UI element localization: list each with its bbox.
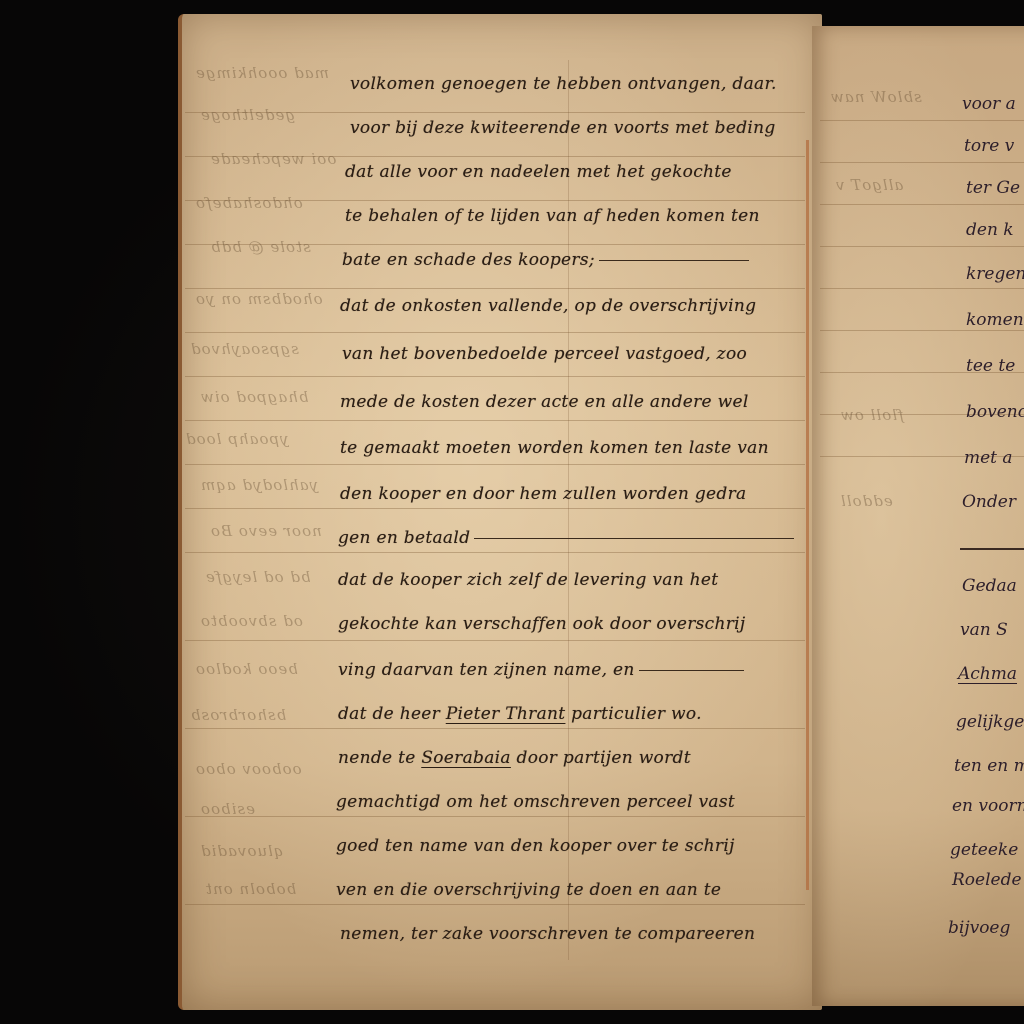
bleed-through-text: stole @ bdb <box>210 238 311 256</box>
handwritten-line-partial: ten en m <box>954 756 1024 776</box>
bleed-through-text: bhagpod oiw <box>200 388 308 406</box>
handwritten-line: mede de kosten dezer acte en alle andere… <box>340 392 749 412</box>
bleed-through-text: beoo kodloo <box>195 660 298 678</box>
handwritten-line-partial: bijvoeg <box>948 918 1010 938</box>
handwritten-line: den kooper en door hem zullen worden ged… <box>340 484 746 504</box>
ruled-line <box>185 332 805 333</box>
bleed-through-text: eddoll <box>840 492 893 510</box>
ruled-line <box>185 508 805 509</box>
ruled-line <box>820 120 1024 121</box>
handwritten-line: van het bovenbedoelde perceel vastgoed, … <box>342 344 747 364</box>
handwritten-line: bate en schade des koopers; <box>342 250 749 270</box>
handwritten-line-partial: komen <box>966 310 1024 330</box>
handwritten-line: nende te Soerabaia door partijen wordt <box>338 748 691 768</box>
ruled-line <box>185 816 805 817</box>
handwritten-line-partial: en voorn <box>952 796 1024 816</box>
bleed-through-text: ooi wepcheade <box>210 150 336 168</box>
bleed-through-text: yahlodyd aqm <box>200 476 318 494</box>
bleed-through-text: ohdoshabefo <box>195 194 303 212</box>
line-text: gen en betaald <box>338 528 470 548</box>
handwritten-line: voor bij deze kwiteerende en voorts met … <box>350 118 776 138</box>
handwritten-line-partial: Gedaa <box>962 576 1017 596</box>
bleed-through-text: od sbvoobto <box>200 612 303 630</box>
bleed-through-text: floll ow <box>840 406 904 424</box>
handwritten-line: gekochte kan verschaffen ook door oversc… <box>338 614 745 634</box>
handwritten-line-partial: Achma <box>958 664 1017 684</box>
underlined-place-name: Soerabaia <box>421 748 511 768</box>
line-text: ving daarvan ten zijnen name, en <box>338 660 635 680</box>
ruled-line <box>185 728 805 729</box>
line-text-prefix: dat de heer <box>338 704 446 724</box>
handwritten-line: dat de onkosten vallende, op de overschr… <box>340 296 756 316</box>
handwritten-line: gen en betaald <box>338 528 794 548</box>
bleed-through-text: mad ooohkimge <box>195 64 329 82</box>
bleed-through-text: noor eevo Bo <box>210 522 322 540</box>
ruled-line <box>820 330 1024 331</box>
ruled-line <box>185 464 805 465</box>
ruled-line <box>820 204 1024 205</box>
ruled-line <box>185 288 805 289</box>
handwritten-line: gemachtigd om het omschreven perceel vas… <box>336 792 735 812</box>
line-filler <box>474 538 794 539</box>
handwritten-line-partial: bovenc <box>966 402 1024 422</box>
ruled-line <box>820 246 1024 247</box>
handwritten-line: goed ten name van den kooper over te sch… <box>336 836 735 856</box>
handwritten-line-partial: kregen <box>966 264 1024 284</box>
bleed-through-text: ypoahp lood <box>185 430 289 448</box>
handwritten-line: dat alle voor en nadeelen met het gekoch… <box>345 162 732 182</box>
handwritten-line-partial: van S <box>960 620 1008 640</box>
ruled-line <box>820 288 1024 289</box>
bleed-through-text: bd od leygfe <box>205 568 311 586</box>
handwritten-line-partial: gelijkge <box>956 712 1024 732</box>
page-fold <box>806 140 809 890</box>
handwritten-line-partial: met a <box>964 448 1013 468</box>
handwritten-line-partial: Onder <box>962 492 1016 512</box>
bleed-through-text: ohodbsm on yo <box>195 290 323 308</box>
handwritten-line-partial: ter Ge <box>966 178 1020 198</box>
bleed-through-text: allgoT v <box>835 176 903 194</box>
handwritten-line-partial: voor a <box>962 94 1016 114</box>
ruled-line <box>185 552 805 553</box>
ruled-line <box>185 420 805 421</box>
underlined-person-name: Pieter Thrant <box>446 704 566 724</box>
bleed-through-text: sgpsoayhvod <box>190 340 299 358</box>
line-filler <box>599 260 749 261</box>
line-text-prefix: nende te <box>338 748 421 768</box>
bleed-through-text: boboln ont <box>205 880 296 898</box>
handwritten-line: volkomen genoegen te hebben ontvangen, d… <box>350 74 777 94</box>
bleed-through-text: qluovadid <box>200 842 284 860</box>
handwritten-line-partial: den k <box>966 220 1014 240</box>
handwritten-line-partial: Roelede <box>952 870 1022 890</box>
underlined-name-partial: Achma <box>958 664 1017 684</box>
handwritten-line: dat de kooper zich zelf de levering van … <box>338 570 718 590</box>
section-divider <box>960 548 1024 550</box>
line-text: bate en schade des koopers; <box>342 250 595 270</box>
handwritten-line: ving daarvan ten zijnen name, en <box>338 660 744 680</box>
bleed-through-text: bshorbrosb <box>190 706 286 724</box>
line-filler <box>639 670 744 671</box>
handwritten-line: te behalen of te lijden van af heden kom… <box>345 206 760 226</box>
handwritten-line: te gemaakt moeten worden komen ten laste… <box>340 438 769 458</box>
line-text-suffix: door partijen wordt <box>511 748 691 768</box>
bleed-through-text: sbloW naw <box>830 88 922 106</box>
handwritten-line-partial: geteeke <box>950 840 1018 860</box>
bleed-through-text: gedelthoge <box>200 106 295 124</box>
bleed-through-text: ooboov oboo <box>195 760 302 778</box>
handwritten-line-partial: tee te <box>966 356 1015 376</box>
ruled-line <box>185 640 805 641</box>
ruled-line <box>185 904 805 905</box>
handwritten-line: ven en die overschrijving te doen en aan… <box>336 880 721 900</box>
handwritten-line: dat de heer Pieter Thrant particulier wo… <box>338 704 702 724</box>
bleed-through-text: esiboo <box>200 800 255 818</box>
ruled-line <box>820 162 1024 163</box>
handwritten-line: nemen, ter zake voorschreven te comparee… <box>340 924 755 944</box>
handwritten-line-partial: tore v <box>964 136 1014 156</box>
margin-rule <box>568 60 569 960</box>
ruled-line <box>185 376 805 377</box>
line-text-suffix: particulier wo. <box>565 704 701 724</box>
